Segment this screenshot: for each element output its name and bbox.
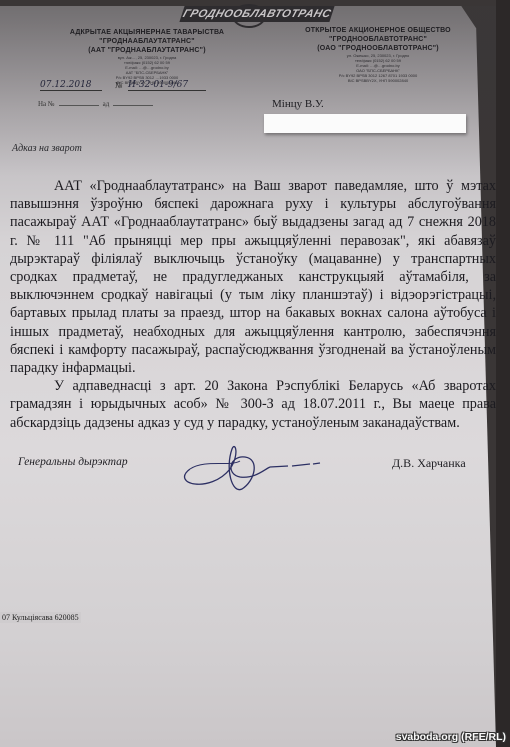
signature-block: Генеральны дырэктар Д.В. Харчанка	[0, 453, 496, 503]
source-watermark: svaboda.org (RFE/RL)	[396, 731, 506, 743]
letterhead-right-russian: ОТКРЫТОЕ АКЦИОНЕРНОЕ ОБЩЕСТВО "ГРОДНООБЛ…	[288, 26, 468, 83]
signatory-name: Д.В. Харчанка	[392, 456, 466, 471]
signatory-title: Генеральны дырэктар	[18, 456, 128, 468]
handwritten-signature-icon	[170, 439, 340, 499]
org-short-name: (ОАО "ГРОДНООБЛАВТОТРАНС")	[288, 44, 468, 53]
number-label: №	[115, 81, 123, 90]
background-edge	[496, 0, 510, 747]
ref-label: На №	[38, 100, 55, 108]
org-name: "ГРОДНООБЛАВТОТРАНС"	[288, 35, 468, 44]
org-type: ОТКРЫТОЕ АКЦИОНЕРНОЕ ОБЩЕСТВО	[288, 26, 468, 35]
recipient-name: Мінцу В.У.	[272, 98, 324, 110]
letter-subject: Адказ на зварот	[12, 143, 82, 154]
ref-from-label: ад	[103, 100, 110, 108]
redacted-address	[264, 114, 466, 133]
body-paragraph: ААТ «Гроднааблаутатранс» на Ваш зварот п…	[10, 177, 496, 377]
ref-date-blank	[113, 105, 153, 106]
ref-number-blank	[59, 105, 99, 106]
logo-text: ГРОДНООБЛАВТОТРАНС	[181, 8, 332, 20]
letter-body: ААТ «Гроднааблаутатранс» на Ваш зварот п…	[10, 177, 496, 432]
reference-line: На №ад	[38, 100, 157, 108]
body-paragraph: У адпаведнасці з арт. 20 Закона Рэспублі…	[10, 377, 496, 432]
company-logo: ГРОДНООБЛАВТОТРАНС	[179, 6, 334, 22]
footer-print-note: 07 Кульціясава 620085	[0, 612, 81, 623]
letter-date: 07.12.2018	[40, 80, 102, 91]
org-short-name: (ААТ "ГРОДНААБЛАУТАТРАНС")	[52, 46, 242, 55]
letterhead-left-belarusian: АДКРЫТАЕ АКЦЫЯНЕРНАЕ ТАВАРЫСТВА "ГРОДНАА…	[52, 28, 242, 85]
org-type: АДКРЫТАЕ АКЦЫЯНЕРНАЕ ТАВАРЫСТВА	[52, 28, 242, 37]
letter-number: И-32-01-9/67	[128, 80, 206, 91]
org-bic: BIC BPSBBY2X, УНП 590002840	[288, 78, 468, 83]
org-name: "ГРОДНААБЛАУТАТРАНС"	[52, 37, 242, 46]
